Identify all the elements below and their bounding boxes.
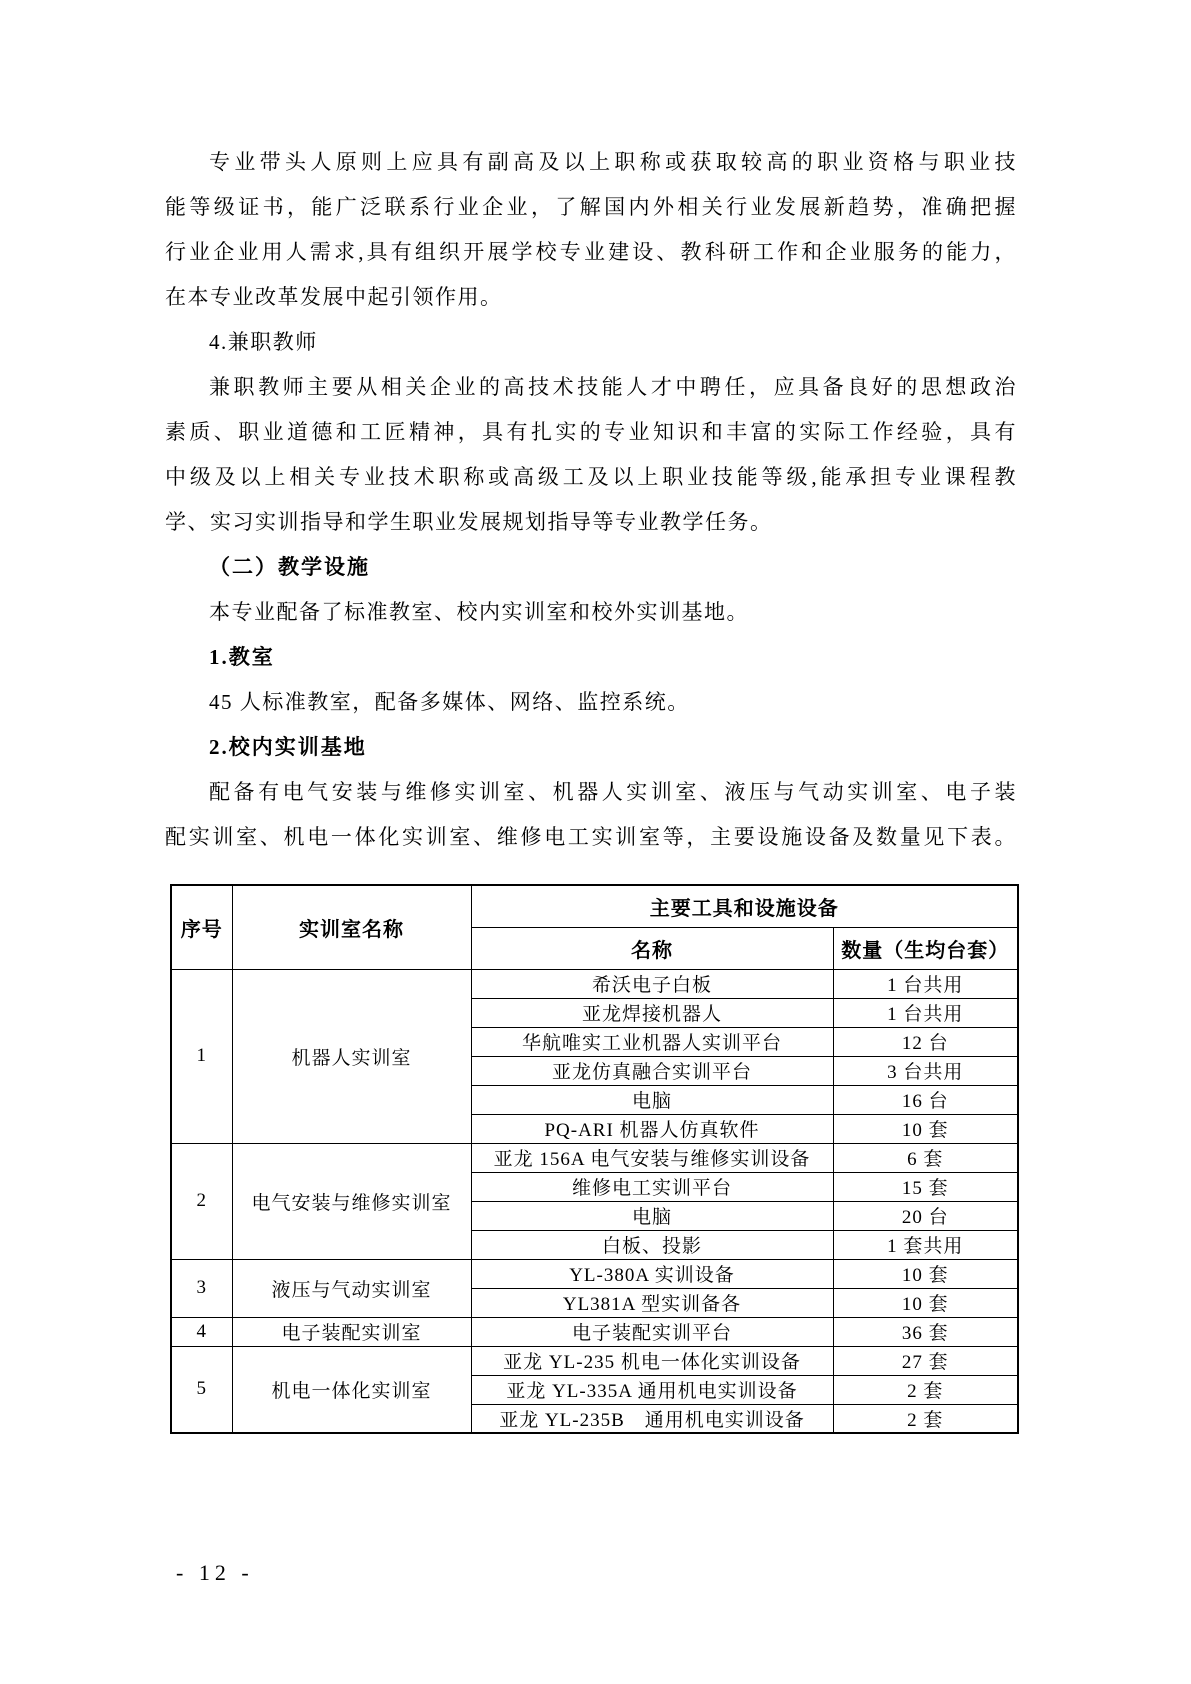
item-name-cell: 亚龙 YL-235 机电一体化实训设备 [471, 1346, 833, 1375]
quantity-cell: 1 台共用 [833, 998, 1018, 1027]
item-name-header-cell: 名称 [471, 927, 833, 969]
paragraph-line: 素质、职业道德和工匠精神，具有扎实的专业知识和丰富的实际工作经验，具有 [165, 410, 1017, 455]
item-name-cell: 希沃电子白板 [471, 969, 833, 998]
table-row: 1 机器人实训室 希沃电子白板 1 台共用 [171, 969, 1018, 998]
paragraph-line: 45 人标准教室，配备多媒体、网络、监控系统。 [165, 680, 1017, 725]
document-body: 专业带头人原则上应具有副高及以上职称或获取较高的职业资格与职业技 能等级证书，能… [165, 140, 1017, 860]
quantity-cell: 10 套 [833, 1259, 1018, 1288]
document-page: 专业带头人原则上应具有副高及以上职称或获取较高的职业资格与职业技 能等级证书，能… [0, 0, 1191, 1684]
table-row: 5 机电一体化实训室 亚龙 YL-235 机电一体化实训设备 27 套 [171, 1346, 1018, 1375]
item-name-cell: 维修电工实训平台 [471, 1172, 833, 1201]
seq-cell: 5 [171, 1346, 232, 1433]
quantity-cell: 36 套 [833, 1317, 1018, 1346]
paragraph-line: 中级及以上相关专业技术职称或高级工及以上职业技能等级,能承担专业课程教 [165, 455, 1017, 500]
room-name-cell: 电子装配实训室 [232, 1317, 471, 1346]
quantity-cell: 27 套 [833, 1346, 1018, 1375]
quantity-cell: 10 套 [833, 1114, 1018, 1143]
item-name-cell: 电脑 [471, 1085, 833, 1114]
item-name-cell: 亚龙 156A 电气安装与维修实训设备 [471, 1143, 833, 1172]
room-name-cell: 液压与气动实训室 [232, 1259, 471, 1317]
seq-cell: 4 [171, 1317, 232, 1346]
paragraph-line: 本专业配备了标准教室、校内实训室和校外实训基地。 [165, 590, 1017, 635]
quantity-cell: 1 台共用 [833, 969, 1018, 998]
item-name-cell: YL381A 型实训备各 [471, 1288, 833, 1317]
seq-header-cell: 序号 [171, 885, 232, 969]
room-name-cell: 机器人实训室 [232, 969, 471, 1143]
item-name-cell: 亚龙 YL-235B 通用机电实训设备 [471, 1404, 833, 1433]
quantity-cell: 12 台 [833, 1027, 1018, 1056]
quantity-cell: 2 套 [833, 1375, 1018, 1404]
paragraph-line: 学、实习实训指导和学生职业发展规划指导等专业教学任务。 [165, 500, 1017, 545]
room-name-cell: 电气安装与维修实训室 [232, 1143, 471, 1259]
page-number: - 12 - [176, 1560, 254, 1586]
paragraph-line: 兼职教师主要从相关企业的高技术技能人才中聘任，应具备良好的思想政治 [165, 365, 1017, 410]
subsection-heading: 2.校内实训基地 [165, 725, 1017, 770]
quantity-cell: 6 套 [833, 1143, 1018, 1172]
item-name-cell: 电子装配实训平台 [471, 1317, 833, 1346]
paragraph-line: 配实训室、机电一体化实训室、维修电工实训室等，主要设施设备及数量见下表。 [165, 815, 1017, 860]
item-name-cell: 亚龙 YL-335A 通用机电实训设备 [471, 1375, 833, 1404]
quantity-cell: 16 台 [833, 1085, 1018, 1114]
quantity-header-cell: 数量（生均台套） [833, 927, 1018, 969]
seq-cell: 2 [171, 1143, 232, 1259]
item-name-cell: 白板、投影 [471, 1230, 833, 1259]
seq-cell: 1 [171, 969, 232, 1143]
paragraph-line: 行业企业用人需求,具有组织开展学校专业建设、教科研工作和企业服务的能力， [165, 230, 1017, 275]
item-name-cell: PQ-ARI 机器人仿真软件 [471, 1114, 833, 1143]
quantity-cell: 20 台 [833, 1201, 1018, 1230]
quantity-cell: 10 套 [833, 1288, 1018, 1317]
paragraph-line: 专业带头人原则上应具有副高及以上职称或获取较高的职业资格与职业技 [165, 140, 1017, 185]
quantity-cell: 15 套 [833, 1172, 1018, 1201]
room-name-cell: 机电一体化实训室 [232, 1346, 471, 1433]
paragraph-line: 能等级证书，能广泛联系行业企业，了解国内外相关行业发展新趋势，准确把握 [165, 185, 1017, 230]
item-name-cell: 亚龙焊接机器人 [471, 998, 833, 1027]
table-row: 3 液压与气动实训室 YL-380A 实训设备 10 套 [171, 1259, 1018, 1288]
table-row: 4 电子装配实训室 电子装配实训平台 36 套 [171, 1317, 1018, 1346]
item-name-cell: 华航唯实工业机器人实训平台 [471, 1027, 833, 1056]
section-heading: （二）教学设施 [165, 545, 1017, 590]
item-name-cell: YL-380A 实训设备 [471, 1259, 833, 1288]
equipment-table: 序号 实训室名称 主要工具和设施设备 名称 数量（生均台套） 1 机器人实训室 … [170, 884, 1019, 1434]
quantity-cell: 2 套 [833, 1404, 1018, 1433]
quantity-cell: 1 套共用 [833, 1230, 1018, 1259]
paragraph-line: 配备有电气安装与维修实训室、机器人实训室、液压与气动实训室、电子装 [165, 770, 1017, 815]
quantity-cell: 3 台共用 [833, 1056, 1018, 1085]
paragraph-line: 在本专业改革发展中起引领作用。 [165, 275, 1017, 320]
item-name-cell: 电脑 [471, 1201, 833, 1230]
list-heading: 4.兼职教师 [165, 320, 1017, 365]
room-name-header-cell: 实训室名称 [232, 885, 471, 969]
subsection-heading: 1.教室 [165, 635, 1017, 680]
item-name-cell: 亚龙仿真融合实训平台 [471, 1056, 833, 1085]
table-row: 2 电气安装与维修实训室 亚龙 156A 电气安装与维修实训设备 6 套 [171, 1143, 1018, 1172]
tools-header-cell: 主要工具和设施设备 [471, 885, 1018, 927]
seq-cell: 3 [171, 1259, 232, 1317]
